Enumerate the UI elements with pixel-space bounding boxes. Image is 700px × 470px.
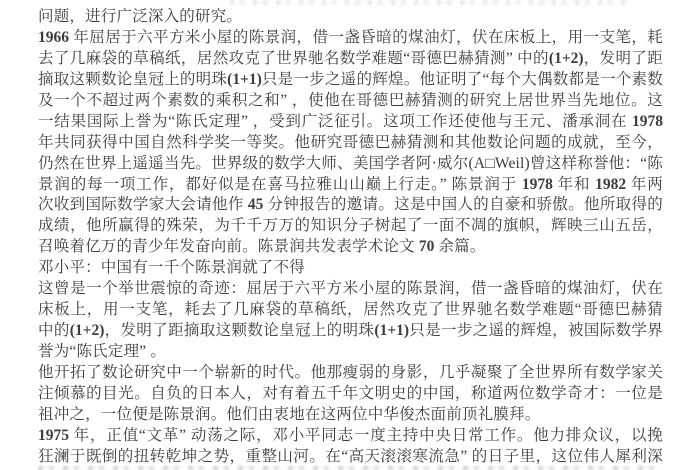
text-line: 注倾慕的目光。自负的日本人，对有着五千年文明史的中国，称道两位数学奇才：一位是 (38, 384, 663, 405)
text-line: 狂澜于既倒的扭转乾坤之势，重整山河。在“高天滚滚寒流急” 的日子里，这位伟人犀利… (38, 447, 663, 468)
text-line: 摘取这颗数论皇冠上的明珠(1+1)只是一步之遥的辉煌。他证明了“每个大偶数都是一… (38, 70, 663, 91)
text-line: 成绩，他所赢得的殊荣，为千千万万的知识分子树起了一面不凋的旗帜，辉映三山五岳， (38, 216, 663, 237)
text-line: 誉为“陈氏定理” 。 (38, 342, 663, 363)
text-line: 一结果国际上誉为“陈氏定理” ，受到广泛征引。这项工作还使他与王元、潘承洞在 1… (38, 112, 663, 133)
text-line: 这曾是一个举世震惊的奇迹：屈居于六平方米小屋的陈景润，借一盏昏暗的煤油灯，伏在 (38, 279, 663, 300)
document-page: 问题，进行广泛深入的研究。1966 年屈居于六平方米小屋的陈景润，借一盏昏暗的煤… (0, 0, 700, 470)
text-line: 问题，进行广泛深入的研究。 (38, 7, 663, 28)
text-line: 景润的每一项工作，都好似是在喜马拉雅山山巅上行走。” 陈景润于 1978 年和 … (38, 175, 663, 196)
text-line: 他开拓了数论研究中一个崭新的时代。他那瘦弱的身影，几乎凝聚了全世界所有数学家关 (38, 363, 663, 384)
text-line: 次收到国际数学家大会请他作 45 分钟报告的邀请。这是中国人的自豪和骄傲。他所取… (38, 195, 663, 216)
text-line: 年共同获得中国自然科学奖一等奖。他研究哥德巴赫猜测和其他数论问题的成就，至今， (38, 133, 663, 154)
text-line: 床板上，用一支笔，耗去了几麻袋的草稿纸，居然攻克了世界驰名数学难题“哥德巴赫猜测… (38, 300, 663, 321)
text-line: 邓小平：中国有一千个陈景润就了不得 (38, 258, 663, 279)
document-text: 问题，进行广泛深入的研究。1966 年屈居于六平方米小屋的陈景润，借一盏昏暗的煤… (38, 7, 663, 468)
text-line: 及一个不超过两个素数的乘积之和” ，使他在哥德巴赫猜测的研究上居世界当先地位。这 (38, 91, 663, 112)
text-line: 去了几麻袋的草稿纸，居然攻克了世界驰名数学难题“哥德巴赫猜测” 中的(1+2)，… (38, 49, 663, 70)
cropped-text-remnant-top (230, 0, 625, 5)
text-line: 1966 年屈居于六平方米小屋的陈景润，借一盏昏暗的煤油灯，伏在床板上，用一支笔… (38, 28, 663, 49)
text-line: 仍然在世界上遥遥当先。世界级的数学大师、美国学者阿·威尔(A□Weil)曾这样称… (38, 154, 663, 175)
text-line: 中的(1+2)，发明了距摘取这颗数论皇冠上的明珠(1+1)只是一步之遥的辉煌，被… (38, 321, 663, 342)
text-line: 祖冲之，一位便是陈景润。他们由衷地在这两位中华俊杰面前顶礼膜拜。 (38, 405, 663, 426)
text-line: 1975 年，正值“文革” 动荡之际，邓小平同志一度主持中央日常工作。他力排众议… (38, 426, 663, 447)
text-line: 召唤着亿万的青少年发奋向前。陈景润共发表学术论文 70 余篇。 (38, 237, 663, 258)
